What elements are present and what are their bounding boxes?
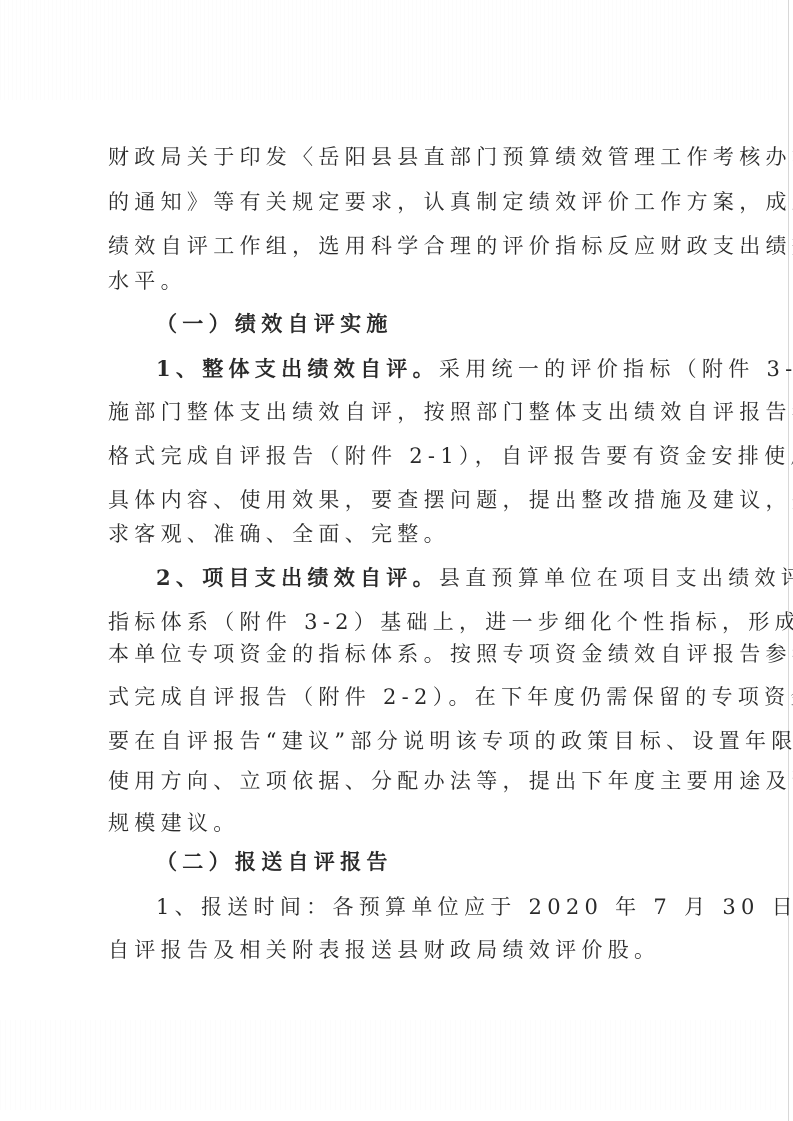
item-1-line: 1、整体支出绩效自评。采用统一的评价指标（附件 3-1）实 [156,355,756,383]
paragraph-line: 自评报告及相关附表报送县财政局绩效评价股。 [108,936,708,964]
paragraph-line: 要在自评报告“建议”部分说明该专项的政策目标、设置年限、 [108,727,708,755]
paragraph-line: 规模建议。 [108,809,708,837]
paragraph-line: 的通知》等有关规定要求，认真制定绩效评价工作方案，成立 [108,188,708,216]
paragraph-line: 使用方向、立项依据、分配办法等，提出下年度主要用途及预算 [108,767,708,795]
scan-noise-top [0,0,780,100]
paragraph-line: 绩效自评工作组，选用科学合理的评价指标反应财政支出绩效 [108,232,708,260]
paragraph-line: 格式完成自评报告（附件 2-1），自评报告要有资金安排使用的 [108,442,708,470]
paragraph-line: 1、报送时间：各预算单位应于 2020 年 7 月 30 日前将绩效 [156,893,756,921]
paragraph-line: 指标体系（附件 3-2）基础上，进一步细化个性指标，形成适合 [108,608,708,636]
paragraph-line: 具体内容、使用效果，要查摆问题，提出整改措施及建议，并要 [108,486,708,514]
paragraph-line: 施部门整体支出绩效自评，按照部门整体支出绩效自评报告参考 [108,398,708,426]
paragraph-line: 水平。 [108,267,708,295]
section-heading-2: （二）报送自评报告 [156,848,756,876]
paragraph-line: 本单位专项资金的指标体系。按照专项资金绩效自评报告参考格 [108,640,708,668]
item-2-lead: 2、项目支出绩效自评。 [156,565,439,590]
item-1-text: 采用统一的评价指标（附件 3-1）实 [439,357,793,381]
paragraph-line: 求客观、准确、全面、完整。 [108,520,708,548]
item-1-lead: 1、整体支出绩效自评。 [156,356,439,381]
item-2-line: 2、项目支出绩效自评。县直预算单位在项目支出绩效评价 [156,564,756,592]
section-heading-1: （一）绩效自评实施 [156,310,756,338]
scan-noise-bottom [0,1020,780,1110]
item-2-text: 县直预算单位在项目支出绩效评价 [439,566,793,590]
paragraph-line: 式完成自评报告（附件 2-2）。在下年度仍需保留的专项资金， [108,683,708,711]
paragraph-line: 财政局关于印发〈岳阳县县直部门预算绩效管理工作考核办法〉 [108,143,708,171]
